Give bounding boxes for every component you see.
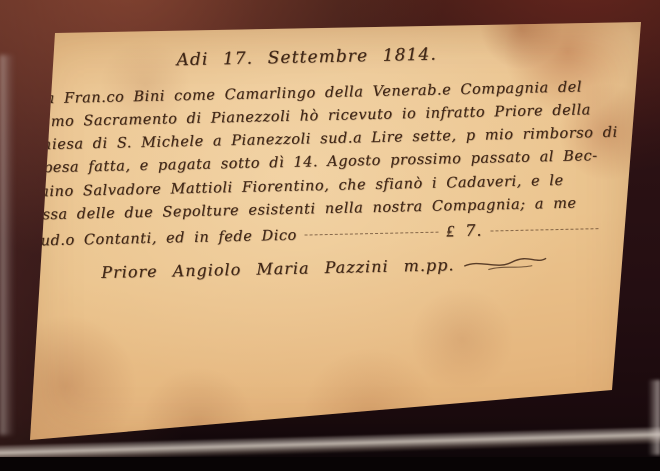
date-line: Adi 17. Settembre 1814. bbox=[136, 44, 476, 71]
closing-line: sud.o Contanti, ed in fede Dico ₤ 7. bbox=[32, 218, 598, 250]
case-edge-glint bbox=[648, 380, 660, 455]
ink-dash-filler bbox=[490, 228, 598, 231]
manuscript-line: Da Fran.co Bini come Camarlingo della Ve… bbox=[33, 79, 582, 107]
manuscript-paper: Adi 17. Settembre 1814. Da Fran.co Bini … bbox=[0, 0, 660, 471]
ink-dash-filler bbox=[305, 232, 438, 236]
manuscript-line: spesa fatta, e pagata sotto dì 14. Agost… bbox=[35, 148, 598, 176]
case-shadow bbox=[0, 457, 660, 471]
manuscript-line: caino Salvadore Mattioli Fiorentino, che… bbox=[31, 173, 563, 201]
closing-text: sud.o Contanti, ed in fede Dico bbox=[32, 228, 297, 250]
manuscript-line: Ossa delle due Sepolture esistenti nella… bbox=[30, 196, 577, 224]
signature-text: Priore Angiolo Maria Pazzini m.pp. bbox=[101, 255, 455, 282]
glass-reflection-streak bbox=[0, 55, 15, 435]
signature-line: Priore Angiolo Maria Pazzini m.pp. bbox=[101, 253, 549, 282]
manuscript-text-block: Adi 17. Settembre 1814. Da Fran.co Bini … bbox=[0, 0, 660, 471]
photograph: Adi 17. Settembre 1814. Da Fran.co Bini … bbox=[0, 0, 660, 471]
signature-flourish bbox=[462, 255, 548, 273]
amount-value: ₤ 7. bbox=[446, 221, 483, 242]
